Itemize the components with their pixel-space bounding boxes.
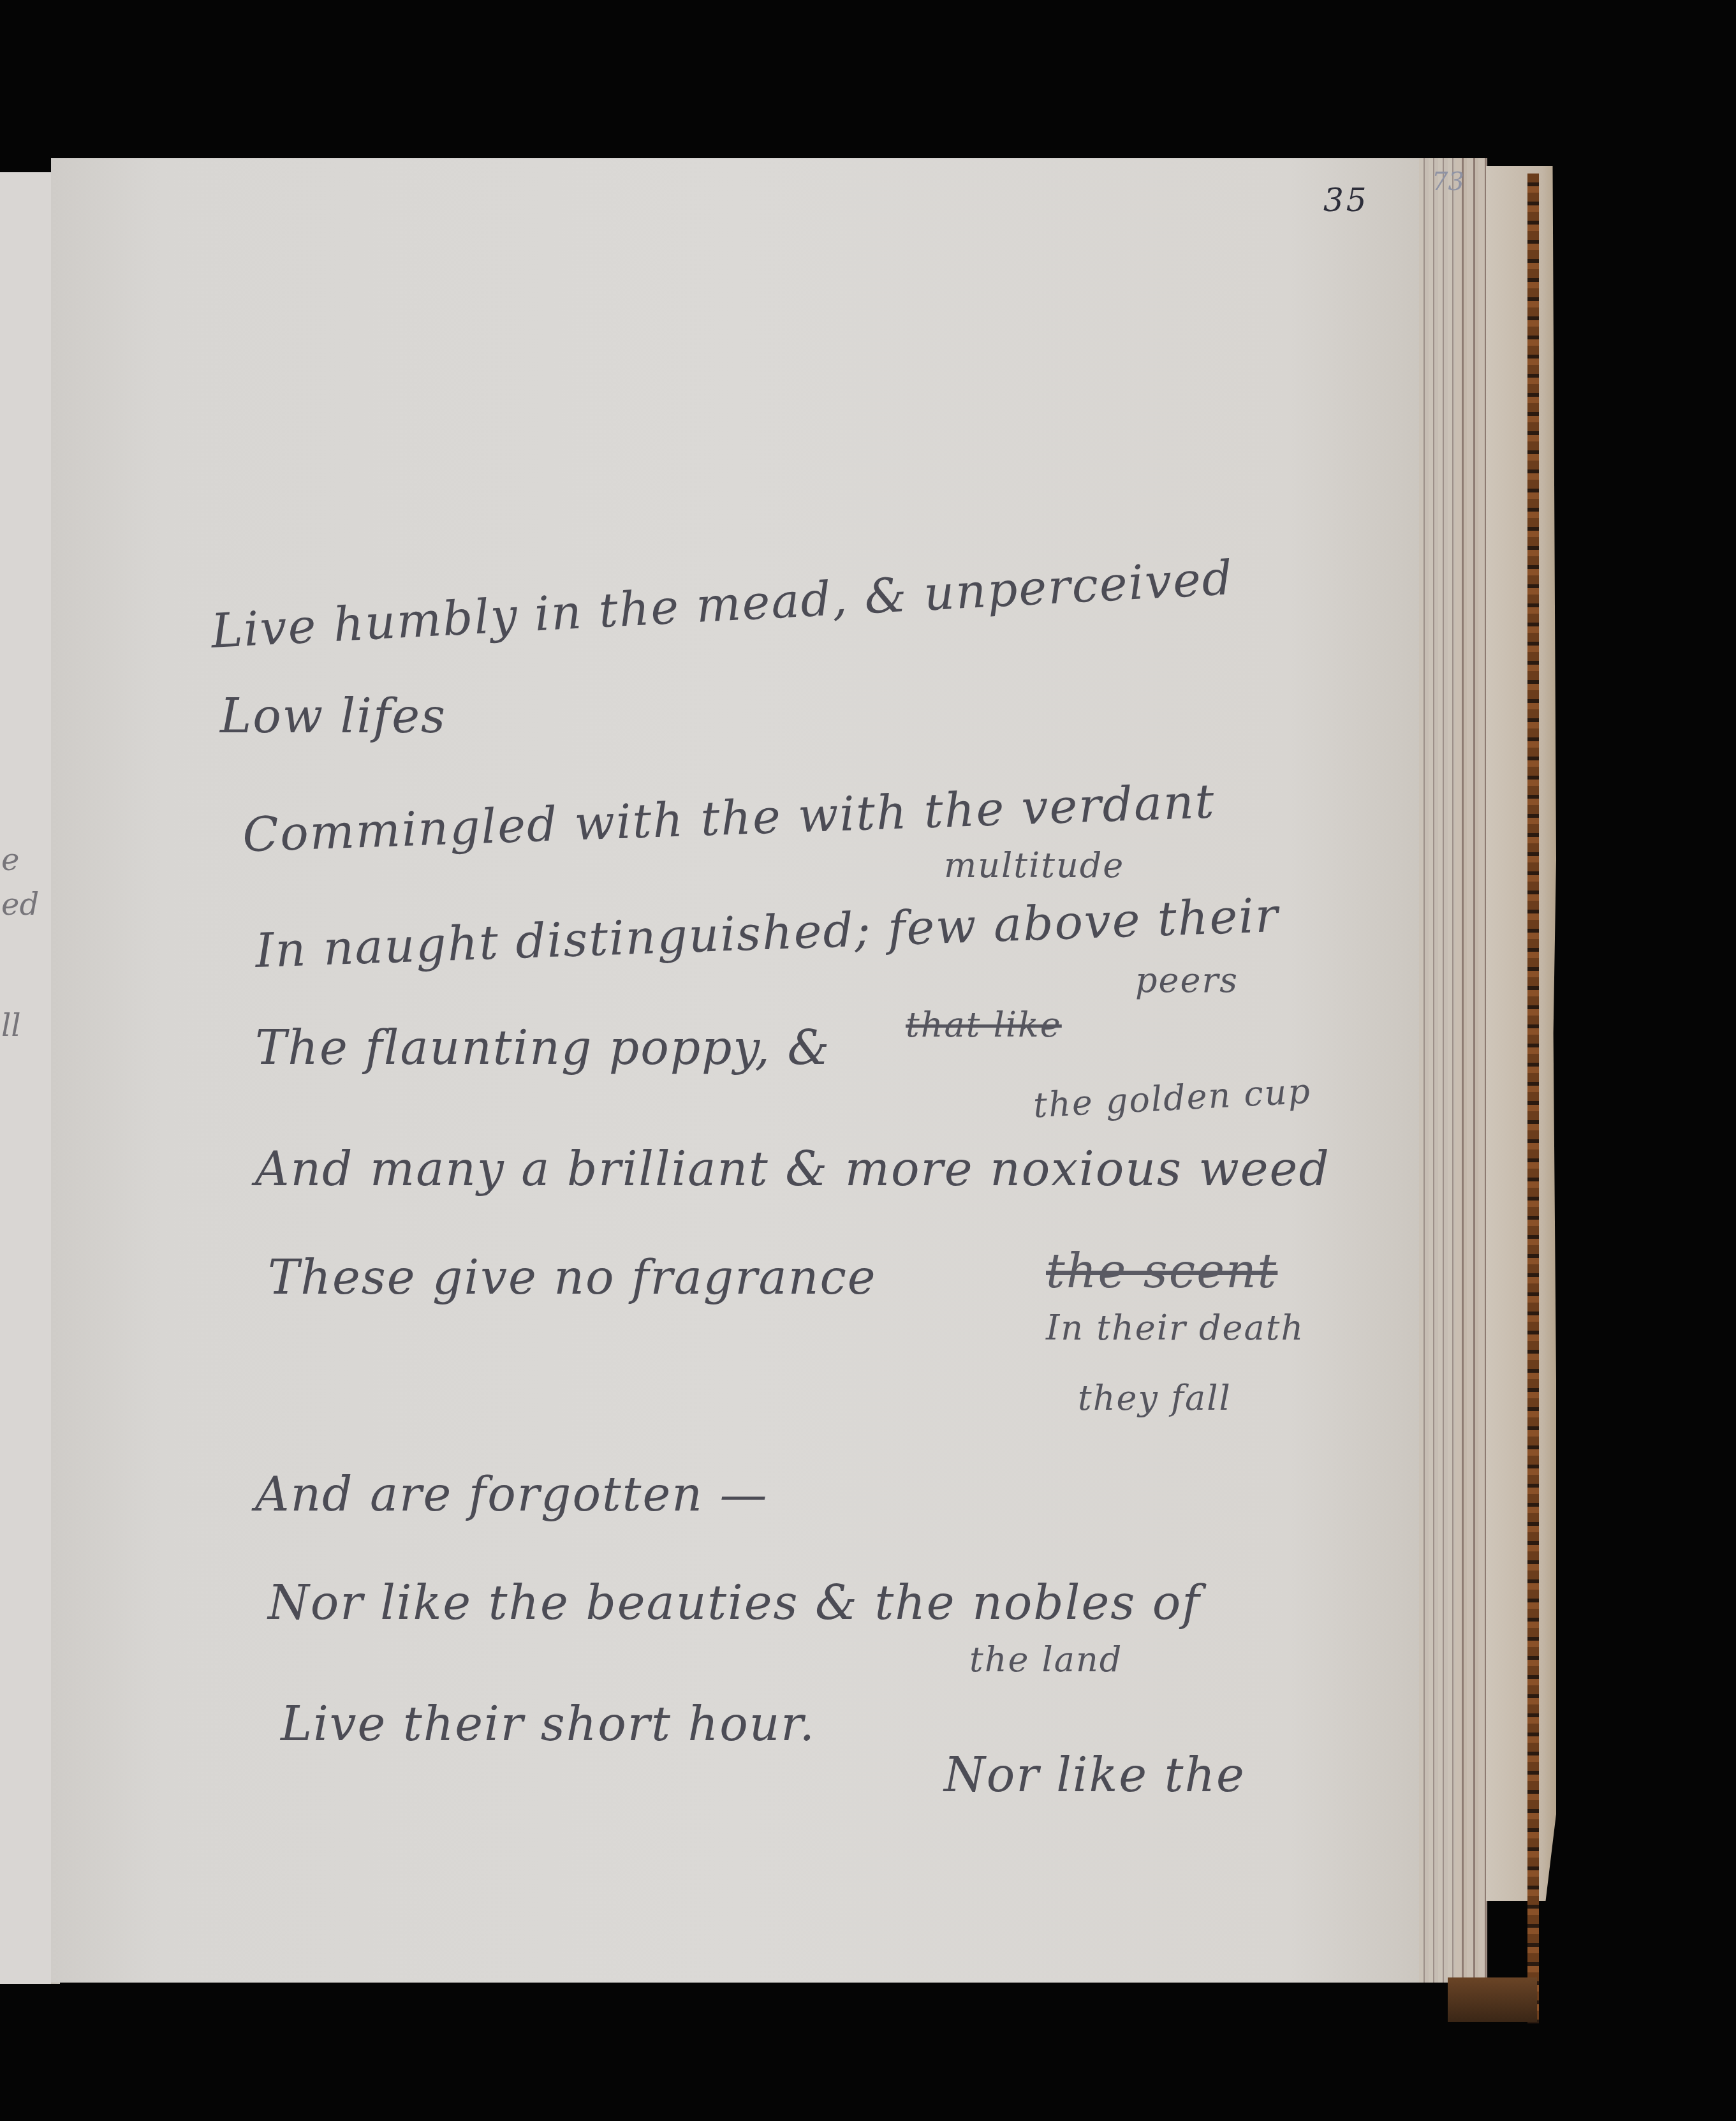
manuscript-line: The flaunting poppy, & [255,1021,830,1075]
manuscript-line: These give no fragrance [268,1250,877,1305]
manuscript-struck-text: the scent [1046,1244,1277,1299]
manuscript-line: Live their short hour. [281,1697,816,1752]
manuscript-line: Low lifes [220,689,446,744]
handwritten-text: Live humbly in the mead, & unperceived L… [0,0,1736,2121]
manuscript-line: Nor like the [944,1748,1246,1803]
manuscript-interlinear: multitude [944,845,1124,885]
manuscript-line: Live humbly in the mead, & unperceived [210,551,1235,659]
manuscript-interlinear: peers [1135,960,1239,1000]
manuscript-line: In naught distinguished; few above their [254,888,1280,979]
manuscript-line: And are forgotten — [255,1467,769,1522]
manuscript-interlinear: the land [969,1639,1122,1680]
manuscript-interlinear: In their death [1046,1308,1304,1348]
manuscript-interlinear: they fall [1078,1378,1232,1418]
manuscript-line: Nor like the beauties & the nobles of [268,1576,1201,1630]
manuscript-line: And many a brilliant & more noxious weed [255,1142,1330,1197]
manuscript-interlinear: the golden cup [1033,1071,1313,1126]
manuscript-struck-text: that like [906,1005,1062,1045]
